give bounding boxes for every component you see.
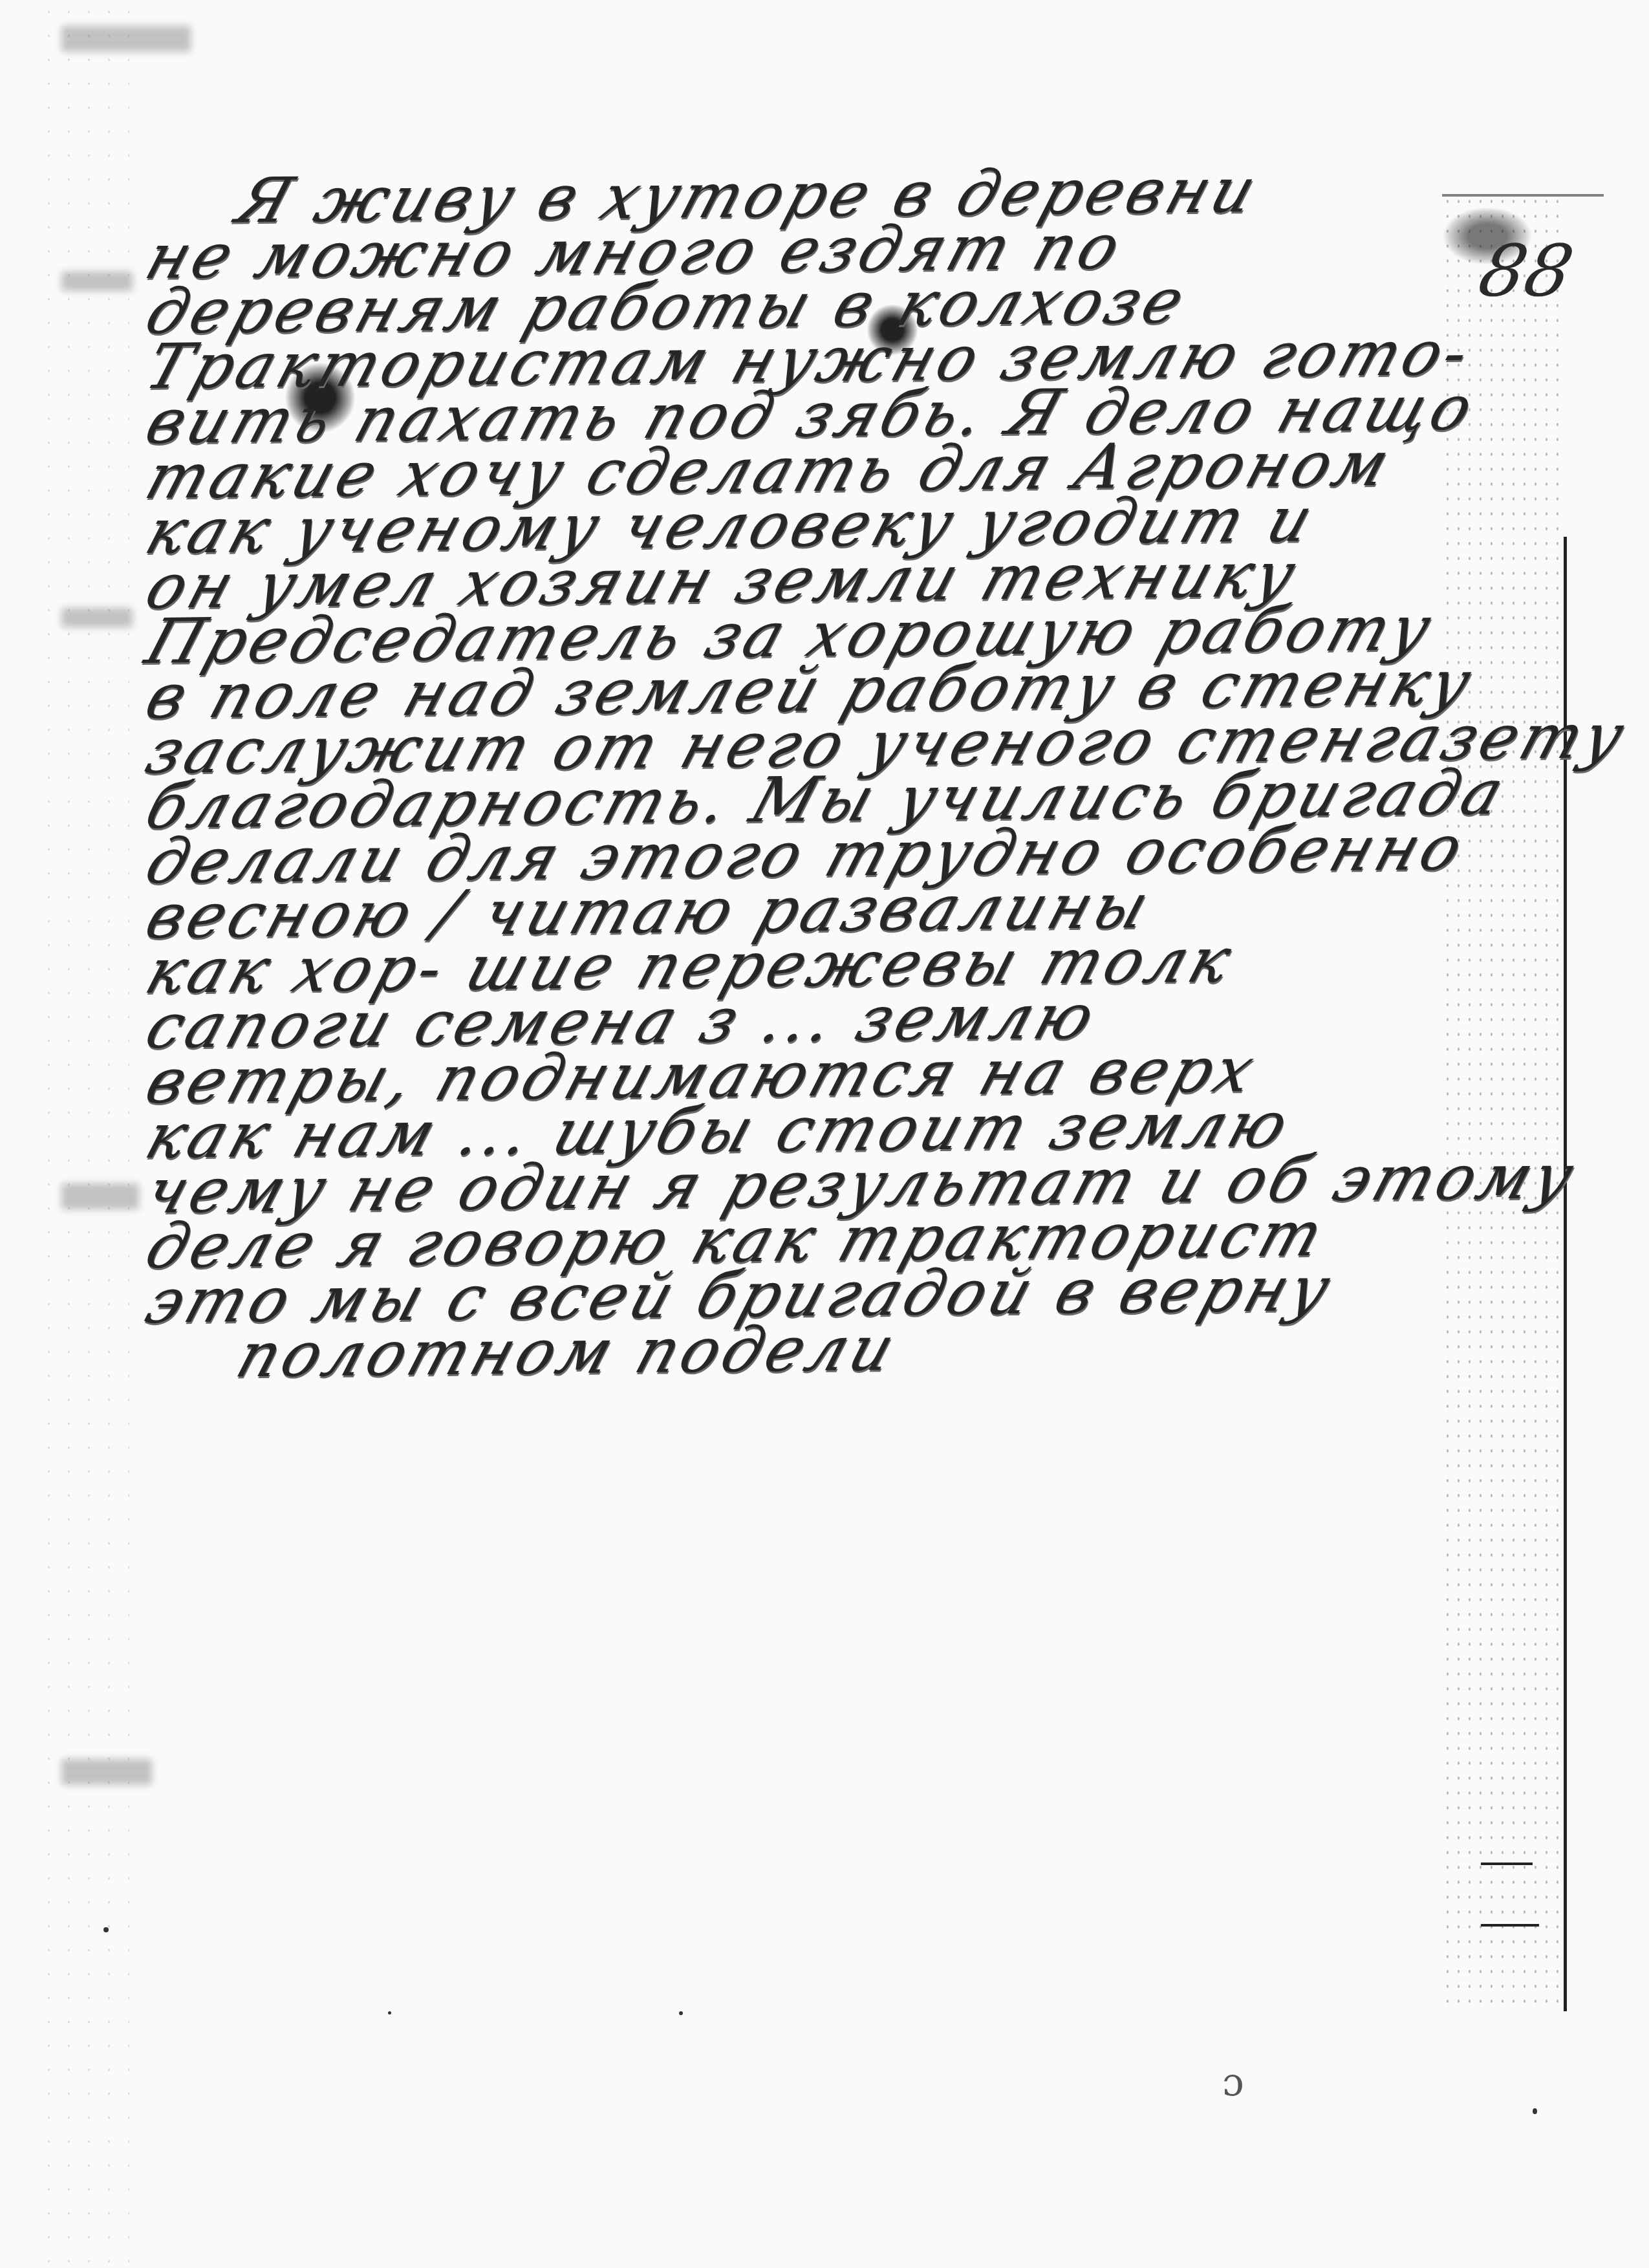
scan-smudge bbox=[61, 1183, 139, 1209]
scan-smudge bbox=[61, 26, 191, 52]
scan-noise-left bbox=[39, 0, 129, 2268]
speck bbox=[679, 2011, 683, 2015]
speck bbox=[388, 2011, 391, 2014]
end-mark bbox=[1481, 1863, 1533, 1865]
scan-smudge bbox=[61, 608, 133, 627]
scan-smudge bbox=[61, 272, 133, 291]
speck bbox=[103, 1927, 109, 1932]
bottom-mark: ɔ bbox=[1222, 2060, 1244, 2105]
end-mark bbox=[1481, 1924, 1539, 1927]
speck bbox=[1533, 2108, 1537, 2114]
text-line: полотном подели bbox=[140, 1314, 1553, 1384]
handwritten-text: Я живу в хуторе в деревни не можно много… bbox=[149, 175, 1539, 1384]
scanned-page: 88 Я живу в хуторе в деревни не можно мн… bbox=[0, 0, 1649, 2268]
scan-smudge bbox=[61, 1759, 152, 1785]
